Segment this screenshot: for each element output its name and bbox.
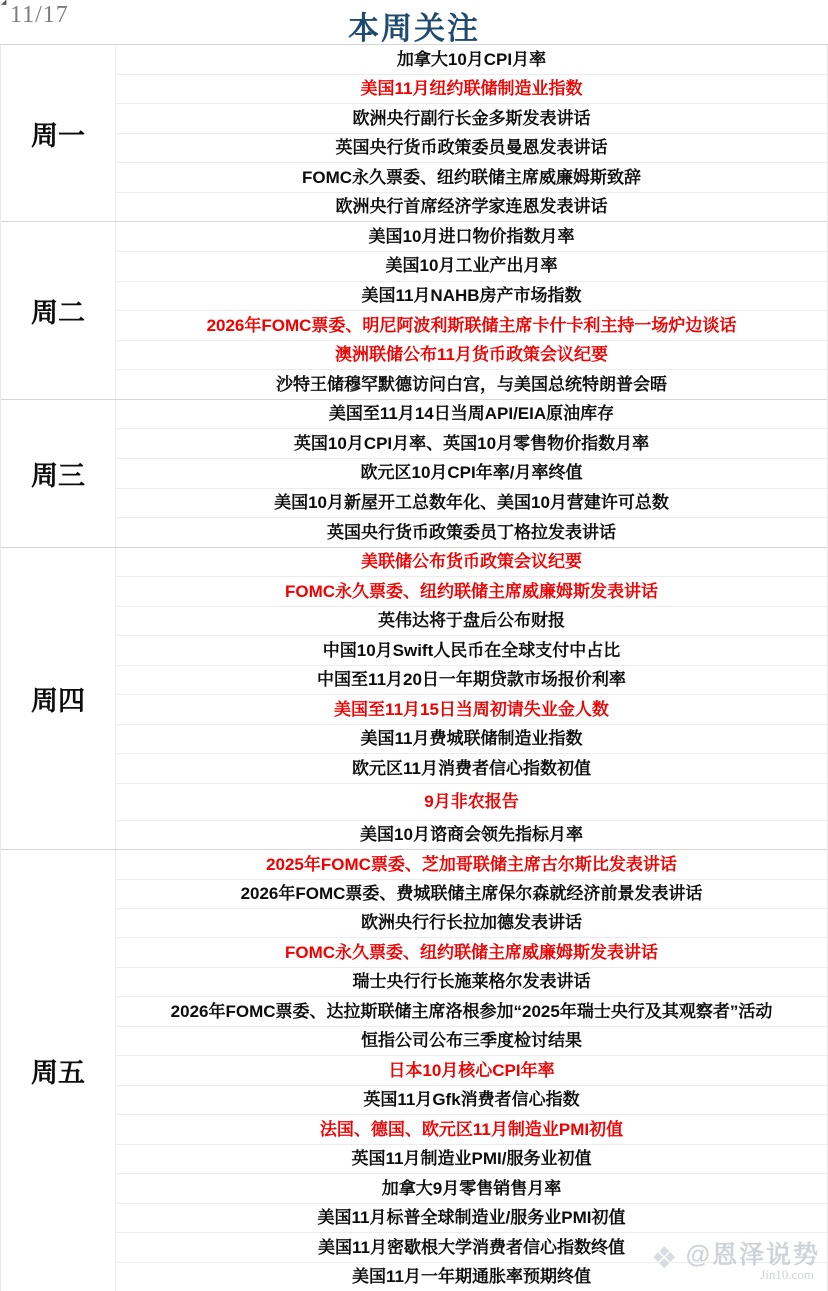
event-row: 美国10月新屋开工总数年化、美国10月营建许可总数 xyxy=(116,488,827,518)
event-row: 美国11月费城联储制造业指数 xyxy=(116,724,827,754)
event-row: 英国10月CPI月率、英国10月零售物价指数月率 xyxy=(116,428,827,458)
event-row: 美国11月标普全球制造业/服务业PMI初值 xyxy=(116,1203,827,1232)
event-row: 美联储公布货币政策会议纪要 xyxy=(116,548,827,577)
event-row: 沙特王储穆罕默德访问白宫，与美国总统特朗普会晤 xyxy=(116,369,827,399)
day-section: 周一加拿大10月CPI月率美国11月纽约联储制造业指数欧洲央行副行长金多斯发表讲… xyxy=(1,45,827,221)
day-section: 周三美国至11月14日当周API/EIA原油库存英国10月CPI月率、英国10月… xyxy=(1,399,827,547)
event-row: 加拿大10月CPI月率 xyxy=(116,45,827,74)
day-section: 周五2025年FOMC票委、芝加哥联储主席古尔斯比发表讲话2026年FOMC票委… xyxy=(1,849,827,1291)
event-row: 中国至11月20日一年期贷款市场报价利率 xyxy=(116,665,827,695)
day-section: 周四美联储公布货币政策会议纪要FOMC永久票委、纽约联储主席威廉姆斯发表讲话英伟… xyxy=(1,547,827,849)
day-label: 周二 xyxy=(1,222,116,398)
event-row: 2025年FOMC票委、芝加哥联储主席古尔斯比发表讲话 xyxy=(116,850,827,878)
calendar-body: 周一加拿大10月CPI月率美国11月纽约联储制造业指数欧洲央行副行长金多斯发表讲… xyxy=(0,45,828,1291)
event-row: 英国11月制造业PMI/服务业初值 xyxy=(116,1144,827,1173)
events-column: 美国10月进口物价指数月率美国10月工业产出月率美国11月NAHB房产市场指数2… xyxy=(116,222,827,398)
event-row: 英国央行货币政策委员丁格拉发表讲话 xyxy=(116,517,827,547)
event-row: 澳洲联储公布11月货币政策会议纪要 xyxy=(116,340,827,370)
events-column: 加拿大10月CPI月率美国11月纽约联储制造业指数欧洲央行副行长金多斯发表讲话英… xyxy=(116,45,827,221)
event-row: 法国、德国、欧元区11月制造业PMI初值 xyxy=(116,1114,827,1143)
event-row: 2026年FOMC票委、费城联储主席保尔森就经济前景发表讲话 xyxy=(116,879,827,908)
event-row: 美国10月进口物价指数月率 xyxy=(116,222,827,251)
event-row: 美国11月密歇根大学消费者信心指数终值 xyxy=(116,1232,827,1261)
events-column: 2025年FOMC票委、芝加哥联储主席古尔斯比发表讲话2026年FOMC票委、费… xyxy=(116,850,827,1291)
event-row: FOMC永久票委、纽约联储主席威廉姆斯发表讲话 xyxy=(116,576,827,606)
day-section: 周二美国10月进口物价指数月率美国10月工业产出月率美国11月NAHB房产市场指… xyxy=(1,221,827,398)
page-title: 本周关注 xyxy=(0,3,828,48)
event-row: 美国11月NAHB房产市场指数 xyxy=(116,281,827,311)
day-label: 周一 xyxy=(1,45,116,221)
event-row: 中国10月Swift人民币在全球支付中占比 xyxy=(116,635,827,665)
event-row: 恒指公司公布三季度检讨结果 xyxy=(116,1026,827,1055)
event-row: 英国11月Gfk消费者信心指数 xyxy=(116,1085,827,1114)
event-row: 美国10月谘商会领先指标月率 xyxy=(116,820,827,850)
event-row: 美国11月纽约联储制造业指数 xyxy=(116,74,827,104)
event-row: 英国央行货币政策委员曼恩发表讲话 xyxy=(116,133,827,163)
event-row: 2026年FOMC票委、明尼阿波利斯联储主席卡什卡利主持一场炉边谈话 xyxy=(116,310,827,340)
event-row: 2026年FOMC票委、达拉斯联储主席洛根参加“2025年瑞士央行及其观察者”活… xyxy=(116,996,827,1025)
day-label: 周五 xyxy=(1,850,116,1291)
event-row: 加拿大9月零售销售月率 xyxy=(116,1173,827,1202)
events-column: 美联储公布货币政策会议纪要FOMC永久票委、纽约联储主席威廉姆斯发表讲话英伟达将… xyxy=(116,548,827,849)
event-row: FOMC永久票委、纽约联储主席威廉姆斯致辞 xyxy=(116,162,827,192)
weekly-focus-page: ◢ 11/17 本周关注 周一加拿大10月CPI月率美国11月纽约联储制造业指数… xyxy=(0,0,828,1291)
event-row: 瑞士央行行长施莱格尔发表讲话 xyxy=(116,967,827,996)
event-row: 英伟达将于盘后公布财报 xyxy=(116,606,827,636)
day-label: 周三 xyxy=(1,400,116,547)
page-header: ◢ 11/17 本周关注 xyxy=(0,0,828,45)
event-row: FOMC永久票委、纽约联储主席威廉姆斯发表讲话 xyxy=(116,937,827,966)
event-row: 欧洲央行副行长金多斯发表讲话 xyxy=(116,103,827,133)
events-column: 美国至11月14日当周API/EIA原油库存英国10月CPI月率、英国10月零售… xyxy=(116,400,827,547)
day-label: 周四 xyxy=(1,548,116,849)
event-row: 欧洲央行首席经济学家连恩发表讲话 xyxy=(116,192,827,222)
event-row: 日本10月核心CPI年率 xyxy=(116,1055,827,1084)
event-row: 美国11月一年期通胀率预期终值 xyxy=(116,1262,827,1291)
event-row: 美国10月工业产出月率 xyxy=(116,251,827,281)
event-row: 美国至11月14日当周API/EIA原油库存 xyxy=(116,400,827,429)
event-row: 欧洲央行行长拉加德发表讲话 xyxy=(116,908,827,937)
event-row: 欧元区10月CPI年率/月率终值 xyxy=(116,458,827,488)
event-row: 9月非农报告 xyxy=(116,783,827,820)
event-row: 欧元区11月消费者信心指数初值 xyxy=(116,753,827,783)
event-row: 美国至11月15日当周初请失业金人数 xyxy=(116,694,827,724)
